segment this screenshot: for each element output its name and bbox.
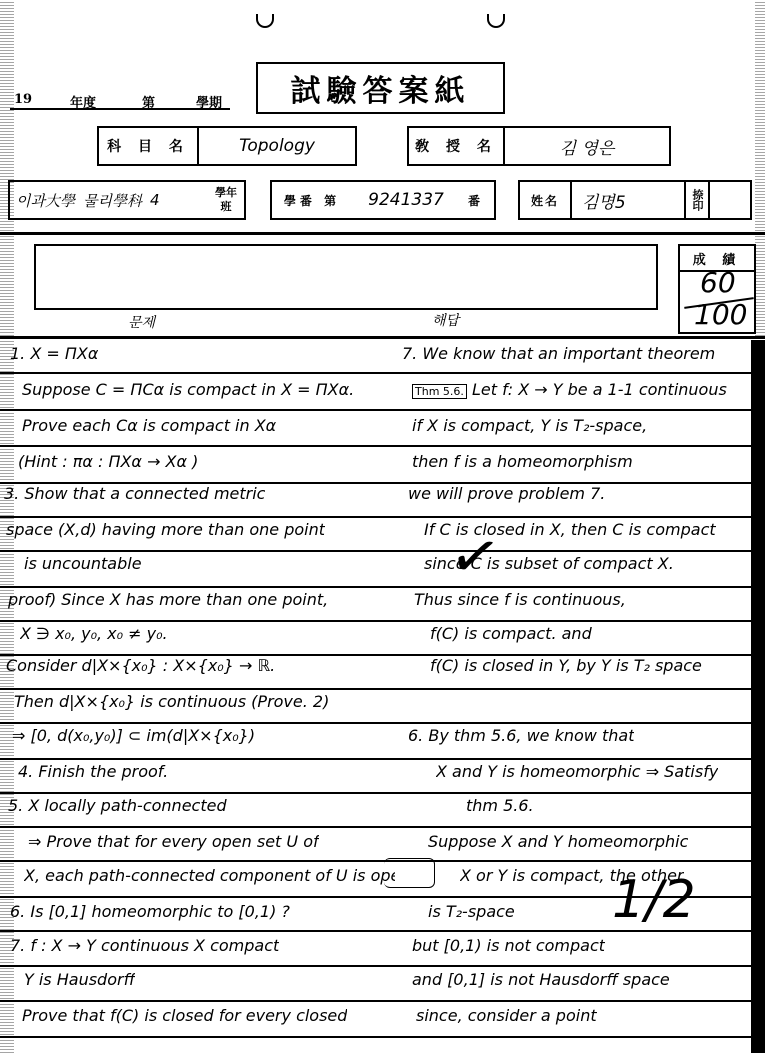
department-field: 이과大學 물리學科 4 學年 班 [8, 180, 246, 220]
ruled-line [0, 965, 765, 967]
answer-line-left: Prove each Cα is compact in Xα [22, 416, 276, 435]
grader-partial-score: 1/2 [612, 870, 696, 930]
answer-line-left: Consider d|X×{x₀} : X×{x₀} → ℝ. [6, 656, 275, 675]
ruled-line [0, 688, 765, 690]
student-number-field: 學番 第 9241337 番 [270, 180, 496, 220]
subject-field: 科 目 名 Topology [97, 126, 357, 166]
grader-check-mark: ✓ [444, 518, 506, 596]
answer-line-right: X and Y is homeomorphic ⇒ Satisfy [436, 762, 718, 781]
ruled-line [0, 930, 765, 932]
ruled-line [0, 445, 765, 447]
page-title: 試驗答案紙 [256, 62, 505, 114]
score-total: 100 [694, 298, 747, 331]
ruled-line [0, 550, 765, 552]
answer-line-left: Prove that f(C) is closed for every clos… [22, 1006, 347, 1025]
seal-box[interactable] [708, 182, 750, 218]
answer-line-right: since, consider a point [416, 1006, 597, 1025]
ruled-line [0, 409, 765, 411]
ruled-line [0, 826, 765, 828]
score-value: 60 [700, 266, 736, 299]
answer-line-right: is T₂-space [428, 902, 515, 921]
answer-line-left: is uncountable [24, 554, 142, 573]
answer-line-left: 3. Show that a connected metric [4, 484, 265, 503]
comment-box[interactable] [34, 244, 658, 310]
professor-field: 敎 授 名 김 영은 [407, 126, 671, 166]
theorem-tag: Thm 5.6. [412, 384, 467, 399]
answer-line-left: space (X,d) having more than one point [6, 520, 325, 539]
college-value[interactable]: 이과大學 [16, 190, 75, 211]
answer-line-left: (Hint : πα : ΠXα → Xα ) [18, 452, 198, 471]
annotation-bracket [384, 858, 435, 888]
answer-line-right: Thm 5.6. Let f: X → Y be a 1-1 continuou… [412, 380, 727, 399]
student-number-value[interactable]: 9241337 [352, 182, 460, 218]
binder-hole-left [256, 14, 274, 28]
answer-area-top-border [0, 336, 765, 339]
ruled-line [0, 620, 765, 622]
answer-line-left: ⇒ Prove that for every open set U of [28, 832, 319, 851]
professor-value[interactable]: 김 영은 [503, 128, 669, 164]
ruled-line [0, 792, 765, 794]
department-value[interactable]: 물리學科 [83, 190, 142, 211]
problem-label: 문제 [128, 312, 155, 332]
answer-line-left: Suppose C = ΠCα is compact in X = ΠXα. [22, 380, 354, 399]
student-number-suffix: 番 [460, 182, 494, 218]
answer-line-left: ⇒ [0, d(x₀,y₀)] ⊂ im(d|X×{x₀}) [12, 726, 255, 745]
student-number-label: 學番 第 [272, 182, 352, 218]
answer-line-left: 7. f : X → Y continuous X compact [10, 936, 279, 955]
answer-line-right: thm 5.6. [466, 796, 534, 815]
answer-line-right: f(C) is closed in Y, by Y is T₂ space [430, 656, 702, 675]
ruled-line [0, 516, 765, 518]
answer-line-right: then f is a homeomorphism [412, 452, 633, 471]
answer-line-right: we will prove problem 7. [408, 484, 605, 503]
answer-line-right: Thus since f is continuous, [414, 590, 626, 609]
ruled-line [0, 586, 765, 588]
answer-line-right: if X is compact, Y is T₂-space, [412, 416, 647, 435]
answer-label: 해답 [432, 310, 459, 330]
header-underline [10, 108, 230, 110]
grade-class-label: 學年 班 [208, 182, 244, 218]
answer-line-right: Suppose X and Y homeomorphic [428, 832, 688, 851]
ruled-line [0, 722, 765, 724]
answer-line-left: 4. Finish the proof. [18, 762, 168, 781]
score-box: 成 績 60 100 [678, 244, 756, 334]
grade-year-value[interactable]: 4 [150, 191, 160, 209]
subject-value[interactable]: Topology [197, 128, 355, 164]
answer-line-right: 6. By thm 5.6, we know that [408, 726, 634, 745]
answer-line-left: X ∋ x₀, y₀, x₀ ≠ y₀. [20, 624, 168, 643]
answer-line-left: 6. Is [0,1] homeomorphic to [0,1) ? [10, 902, 290, 921]
professor-label: 敎 授 名 [409, 128, 503, 164]
answer-line-right: 7. We know that an important theorem [402, 344, 715, 363]
ruled-line [0, 860, 765, 862]
answer-line-left: Y is Hausdorff [24, 970, 135, 989]
answer-line-right: and [0,1] is not Hausdorff space [412, 970, 670, 989]
answer-line-left: proof) Since X has more than one point, [8, 590, 328, 609]
answer-line-left: 5. X locally path-connected [8, 796, 227, 815]
ruled-line [0, 1036, 765, 1038]
name-label: 姓名 [520, 182, 570, 218]
ruled-line [0, 758, 765, 760]
answer-line-left: 1. X = ΠXα [10, 344, 98, 363]
ruled-line [0, 372, 765, 374]
year-prefix: 19 [14, 92, 32, 107]
divider [0, 232, 765, 235]
answer-line-right: but [0,1) is not compact [412, 936, 605, 955]
subject-label: 科 目 名 [99, 128, 197, 164]
answer-line-left: X, each path-connected component of U is… [24, 866, 395, 885]
binder-hole-right [487, 14, 505, 28]
seal-label: 捺印 [684, 182, 708, 218]
answer-line-right: f(C) is compact. and [430, 624, 592, 643]
name-field: 姓名 김명5 捺印 [518, 180, 752, 220]
answer-line-left: Then d|X×{x₀} is continuous (Prove. 2) [14, 692, 329, 711]
name-value[interactable]: 김명5 [570, 182, 684, 218]
ruled-line [0, 1000, 765, 1002]
